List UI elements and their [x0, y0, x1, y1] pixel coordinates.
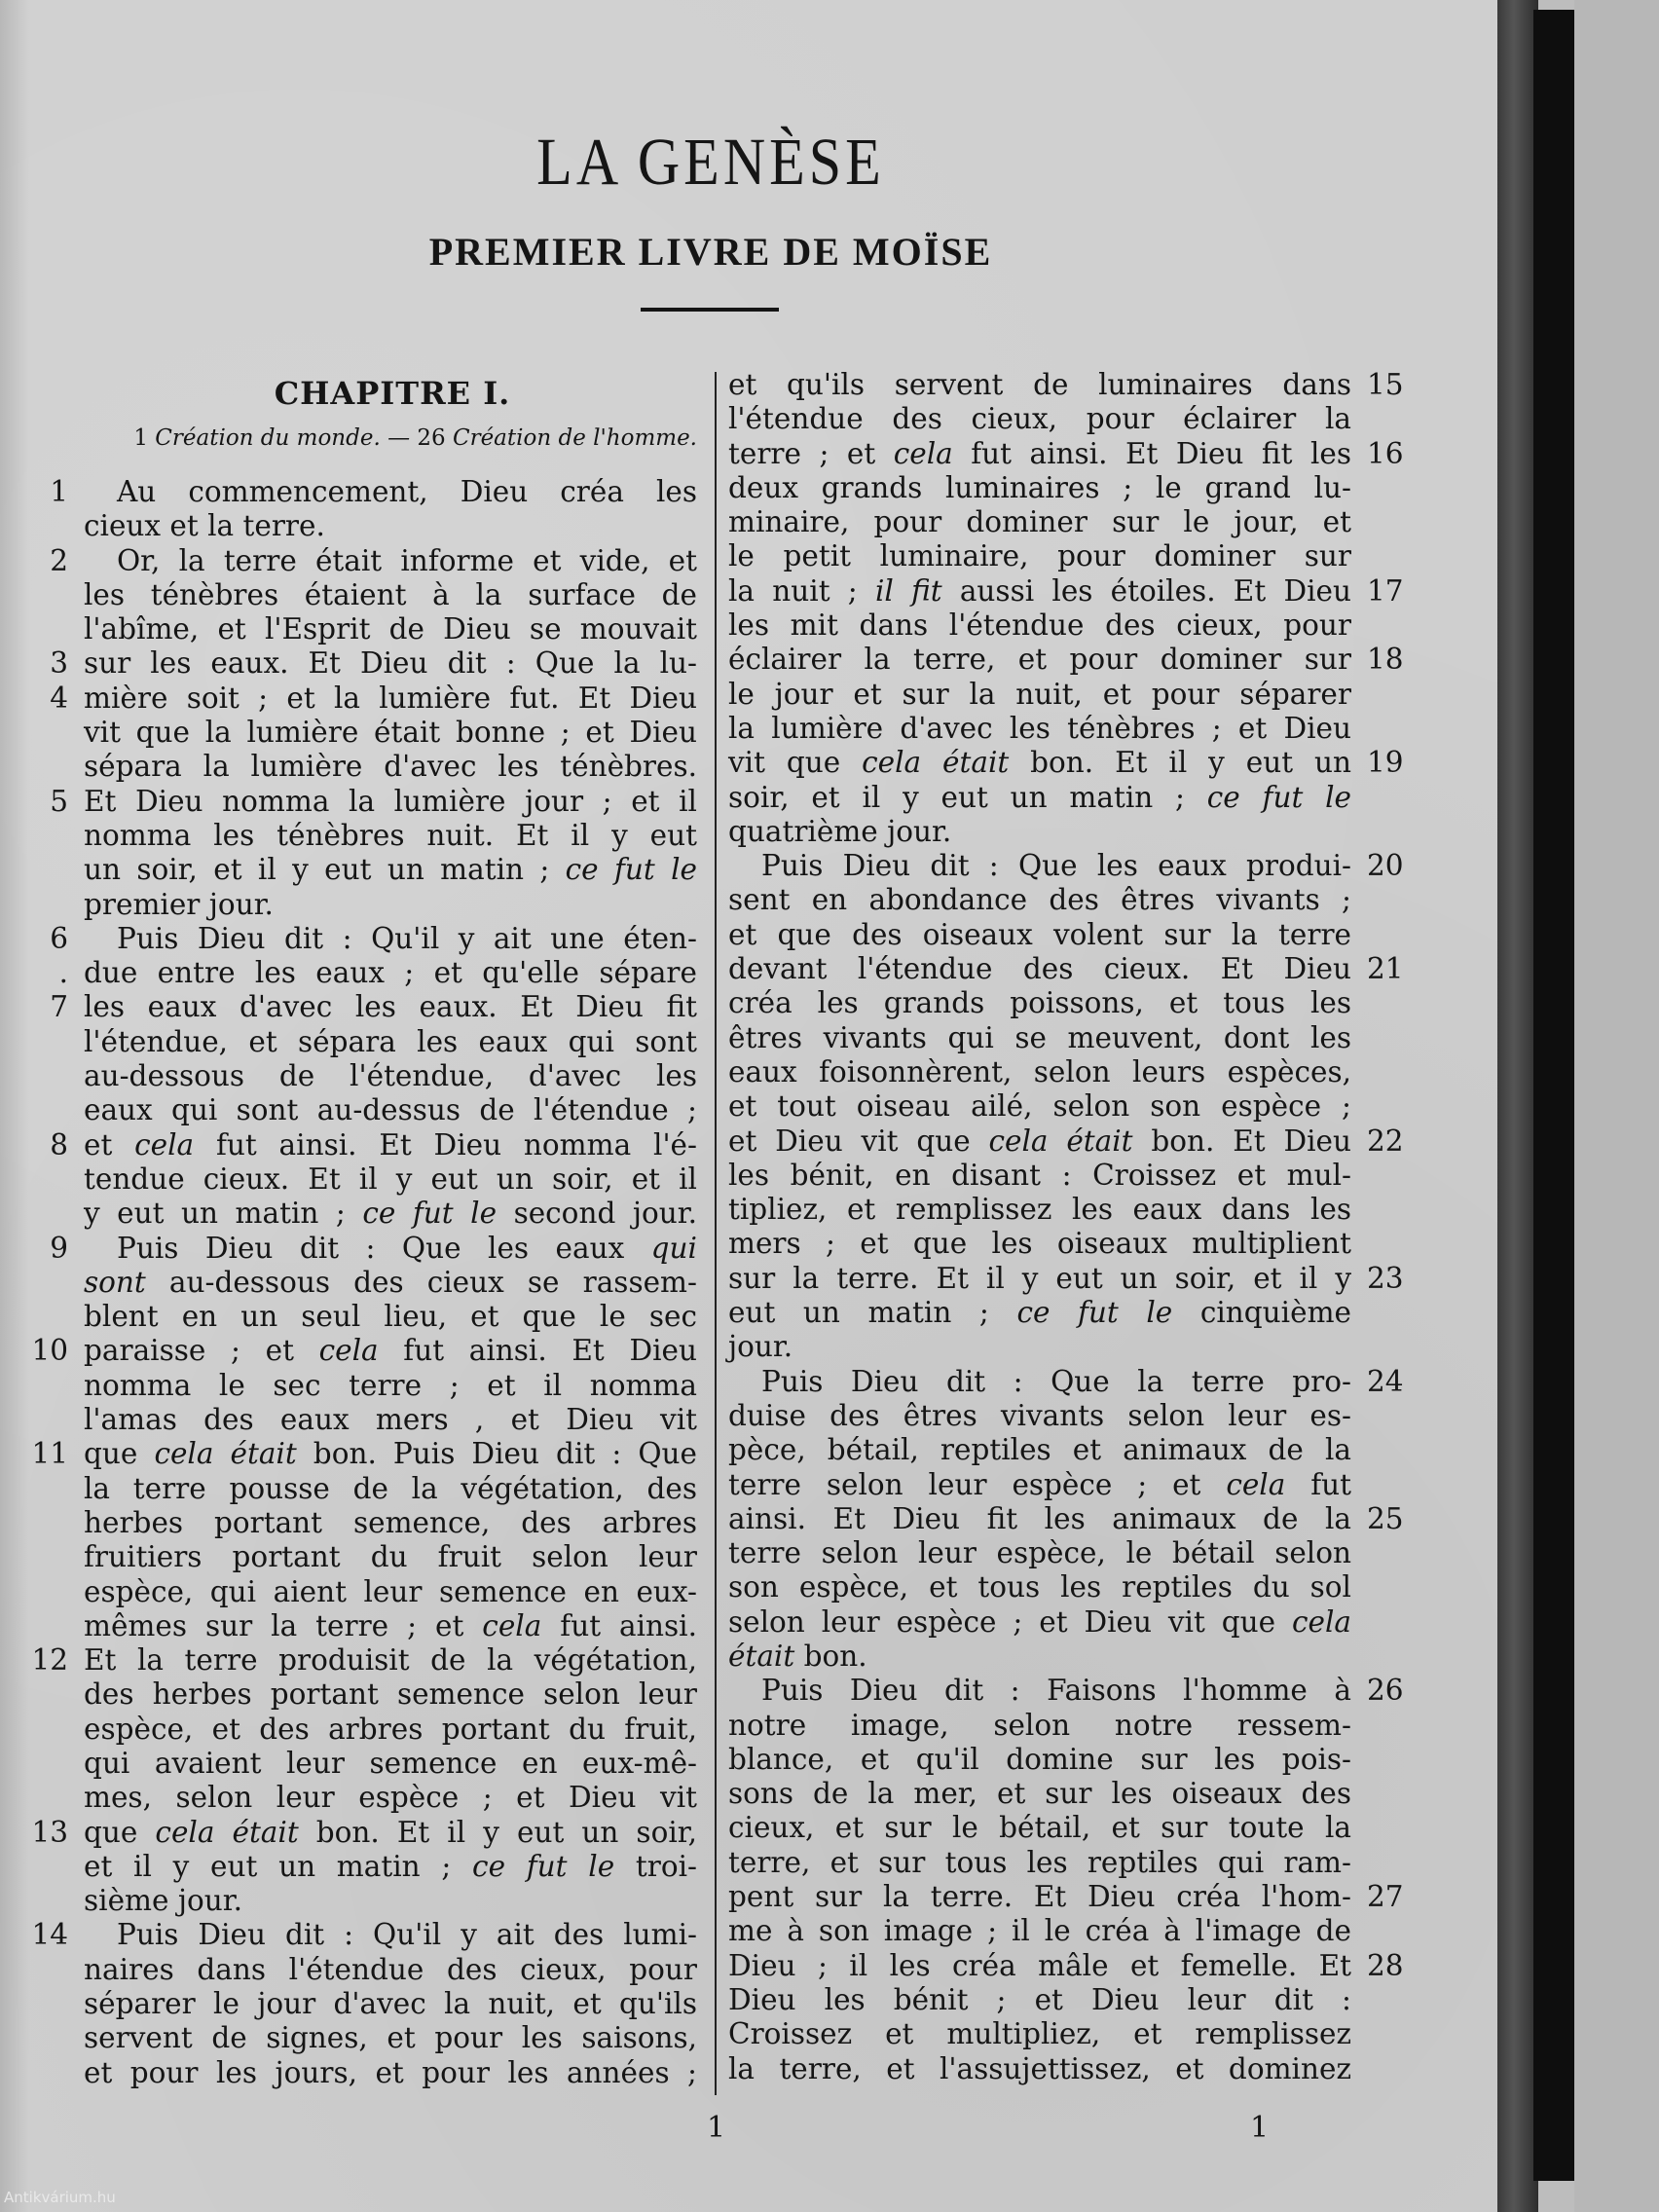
chapter-summary: 1 Création du monde. — 26 Création de l'… — [29, 419, 697, 475]
verse-text: paraisse ; et cela fut ainsi. Et Dieu — [84, 1334, 697, 1368]
verse-text: la terre, et l'assujettissez, et dominez — [728, 2052, 1351, 2086]
verse-number: . — [29, 956, 68, 990]
right-verse-lines: 15et qu'ils servent de luminaires dansl'… — [728, 368, 1402, 2086]
verse-line: terre selon leur espèce ; et cela fut — [728, 1468, 1402, 1502]
verse-line: un soir, et il y eut un matin ; ce fut l… — [29, 853, 697, 887]
verse-line: blance, et qu'il domine sur les pois- — [728, 1743, 1402, 1777]
verse-line: nomma le sec terre ; et il nomma — [29, 1369, 697, 1403]
verse-number: 18 — [1367, 643, 1406, 677]
verse-number: 8 — [29, 1128, 68, 1162]
verse-line: tendue cieux. Et il y eut un soir, et il — [29, 1162, 697, 1197]
verse-line: minaire, pour dominer sur le jour, et — [728, 505, 1402, 539]
verse-line: blent en un seul lieu, et que le sec — [29, 1300, 697, 1334]
verse-line: vit que la lumière était bonne ; et Dieu — [29, 716, 697, 750]
verse-number: 4 — [29, 682, 68, 716]
verse-text: les eaux d'avec les eaux. Et Dieu fit — [84, 990, 697, 1024]
verse-line: 10paraisse ; et cela fut ainsi. Et Dieu — [29, 1334, 697, 1368]
verse-text: ainsi. Et Dieu fit les animaux de la — [728, 1502, 1351, 1536]
verse-line: herbes portant semence, des arbres — [29, 1506, 697, 1540]
verse-line: son espèce, et tous les reptiles du sol — [728, 1570, 1402, 1604]
verse-text: tendue cieux. Et il y eut un soir, et il — [84, 1162, 697, 1197]
verse-line: nomma les ténèbres nuit. Et il y eut — [29, 819, 697, 853]
verse-number: 17 — [1367, 574, 1406, 608]
verse-line: sépara la lumière d'avec les ténèbres. — [29, 750, 697, 784]
verse-text: quatrième jour. — [728, 815, 1351, 849]
verse-line: mers ; et que les oiseaux multiplient — [728, 1227, 1402, 1261]
verse-line: soir, et il y eut un matin ; ce fut le — [728, 781, 1402, 815]
verse-line: eut un matin ; ce fut le cinquième — [728, 1296, 1402, 1330]
verse-text: et Dieu vit que cela était bon. Et Dieu — [728, 1124, 1351, 1159]
verse-line: la terre pousse de la végétation, des — [29, 1472, 697, 1506]
verse-text: espèce, et des arbres portant du fruit, — [84, 1713, 697, 1747]
verse-line: eaux foisonnèrent, selon leurs espèces, — [728, 1055, 1402, 1089]
verse-text: sième jour. — [84, 1884, 697, 1918]
verse-line: le petit luminaire, pour dominer sur — [728, 539, 1402, 573]
verse-text: terre ; et cela fut ainsi. Et Dieu fit l… — [728, 437, 1351, 471]
verse-text: Puis Dieu dit : Que les eaux produi- — [728, 849, 1351, 883]
verse-line: 18éclairer la terre, et pour dominer sur — [728, 643, 1402, 677]
verse-text: pèce, bétail, reptiles et animaux de la — [728, 1433, 1351, 1467]
verse-line: les bénit, en disant : Croissez et mul- — [728, 1159, 1402, 1193]
verse-line: cieux et la terre. — [29, 509, 697, 543]
verse-text: sépara la lumière d'avec les ténèbres. — [84, 750, 697, 784]
verse-text: pent sur la terre. Et Dieu créa l'hom- — [728, 1880, 1351, 1914]
verse-text: sent en abondance des êtres vivants ; — [728, 883, 1351, 917]
verse-line: Dieu les bénit ; et Dieu leur dit : — [728, 1983, 1402, 2017]
verse-number: 12 — [29, 1643, 68, 1677]
verse-text: son espèce, et tous les reptiles du sol — [728, 1570, 1351, 1604]
verse-text: et pour les jours, et pour les années ; — [84, 2056, 697, 2090]
verse-text: soir, et il y eut un matin ; ce fut le — [728, 781, 1351, 815]
verse-text: un soir, et il y eut un matin ; ce fut l… — [84, 853, 697, 887]
verse-text: Puis Dieu dit : Faisons l'homme à — [728, 1674, 1351, 1708]
verse-line: et il y eut un matin ; ce fut le troi- — [29, 1850, 697, 1884]
verse-line: terre selon leur espèce, le bétail selon — [728, 1536, 1402, 1570]
verse-line: et pour les jours, et pour les années ; — [29, 2056, 697, 2090]
verse-text: au-dessous de l'étendue, d'avec les — [84, 1059, 697, 1093]
verse-text: tipliez, et remplissez les eaux dans les — [728, 1193, 1351, 1227]
verse-text: minaire, pour dominer sur le jour, et — [728, 505, 1351, 539]
verse-text: Et la terre produisit de la végétation, — [84, 1643, 697, 1677]
verse-text: Dieu ; il les créa mâle et femelle. Et — [728, 1949, 1351, 1983]
verse-line: 5Et Dieu nomma la lumière jour ; et il — [29, 785, 697, 819]
verse-number: 21 — [1367, 952, 1406, 986]
verse-line: .due entre les eaux ; et qu'elle sépare — [29, 956, 697, 990]
verse-line: les mit dans l'étendue des cieux, pour — [728, 608, 1402, 643]
verse-line: 14Puis Dieu dit : Qu'il y ait des lumi- — [29, 1918, 697, 1952]
verse-text: eaux qui sont au-dessus de l'étendue ; — [84, 1093, 697, 1127]
left-verse-lines: 1Au commencement, Dieu créa lescieux et … — [29, 475, 697, 2090]
verse-text: Au commencement, Dieu créa les — [84, 475, 697, 509]
verse-text: terre, et sur tous les reptiles qui ram- — [728, 1846, 1351, 1880]
verse-line: 27pent sur la terre. Et Dieu créa l'hom- — [728, 1880, 1402, 1914]
verse-text: mes, selon leur espèce ; et Dieu vit — [84, 1781, 697, 1815]
verse-text: la terre pousse de la végétation, des — [84, 1472, 697, 1506]
verse-text: et que des oiseaux volent sur la terre — [728, 918, 1351, 952]
verse-line: sons de la mer, et sur les oiseaux des — [728, 1777, 1402, 1811]
verse-line: 28Dieu ; il les créa mâle et femelle. Et — [728, 1949, 1402, 1983]
book-subtitle: PREMIER LIVRE DE MOÏSE — [0, 229, 1421, 275]
verse-text: Croissez et multipliez, et remplissez — [728, 2017, 1351, 2051]
verse-line: naires dans l'étendue des cieux, pour — [29, 1953, 697, 1987]
verse-line: 2Or, la terre était informe et vide, et — [29, 544, 697, 578]
summary-text: Création de l'homme. — [446, 425, 697, 451]
verse-text: mers ; et que les oiseaux multiplient — [728, 1227, 1351, 1261]
verse-line: l'étendue, et sépara les eaux qui sont — [29, 1025, 697, 1059]
verse-line: terre, et sur tous les reptiles qui ram- — [728, 1846, 1402, 1880]
verse-line: séparer le jour d'avec la nuit, et qu'il… — [29, 1987, 697, 2021]
verse-line: 1Au commencement, Dieu créa les — [29, 475, 697, 509]
verse-line: et tout oiseau ailé, selon son espèce ; — [728, 1089, 1402, 1124]
verse-line: 7les eaux d'avec les eaux. Et Dieu fit — [29, 990, 697, 1024]
verse-text: et tout oiseau ailé, selon son espèce ; — [728, 1089, 1351, 1124]
book-page: LA GENÈSE PREMIER LIVRE DE MOÏSE CHAPITR… — [0, 0, 1497, 2212]
verse-line: 23sur la terre. Et il y eut un soir, et … — [728, 1262, 1402, 1296]
verse-text: mière soit ; et la lumière fut. Et Dieu — [84, 682, 697, 716]
verse-text: Or, la terre était informe et vide, et — [84, 544, 697, 578]
verse-text: blance, et qu'il domine sur les pois- — [728, 1743, 1351, 1777]
verse-text: sur les eaux. Et Dieu dit : Que la lu- — [84, 646, 697, 681]
verse-line: sent en abondance des êtres vivants ; — [728, 883, 1402, 917]
book-title: LA GENÈSE — [0, 124, 1421, 201]
verse-text: deux grands luminaires ; le grand lu- — [728, 471, 1351, 505]
verse-line: l'amas des eaux mers , et Dieu vit — [29, 1403, 697, 1437]
background-surface — [1574, 0, 1659, 2212]
verse-line: notre image, selon notre ressem- — [728, 1709, 1402, 1743]
verse-line: êtres vivants qui se meuvent, dont les — [728, 1021, 1402, 1055]
verse-line: pèce, bétail, reptiles et animaux de la — [728, 1433, 1402, 1467]
verse-line: mes, selon leur espèce ; et Dieu vit — [29, 1781, 697, 1815]
verse-number: 24 — [1367, 1365, 1406, 1399]
verse-text: et il y eut un matin ; ce fut le troi- — [84, 1850, 697, 1884]
verse-number: 27 — [1367, 1880, 1406, 1914]
summary-ref: 26 — [417, 425, 445, 451]
verse-line: qui avaient leur semence en eux-mê- — [29, 1747, 697, 1781]
verse-text: Puis Dieu dit : Que la terre pro- — [728, 1365, 1351, 1399]
verse-text: des herbes portant semence selon leur — [84, 1677, 697, 1712]
verse-line: 25ainsi. Et Dieu fit les animaux de la — [728, 1502, 1402, 1536]
verse-line: quatrième jour. — [728, 815, 1402, 849]
verse-number: 20 — [1367, 849, 1406, 883]
verse-text: Et Dieu nomma la lumière jour ; et il — [84, 785, 697, 819]
verse-line: fruitiers portant du fruit selon leur — [29, 1540, 697, 1574]
verse-line: était bon. — [728, 1640, 1402, 1674]
verse-number: 25 — [1367, 1502, 1406, 1536]
verse-line: cieux, et sur le bétail, et sur toute la — [728, 1811, 1402, 1845]
verse-number: 2 — [29, 544, 68, 578]
verse-line: 15et qu'ils servent de luminaires dans — [728, 368, 1402, 402]
verse-line: 3sur les eaux. Et Dieu dit : Que la lu- — [29, 646, 697, 681]
verse-line: 24Puis Dieu dit : Que la terre pro- — [728, 1365, 1402, 1399]
verse-line: servent de signes, et pour les saisons, — [29, 2021, 697, 2055]
verse-number: 23 — [1367, 1262, 1406, 1296]
verse-line: 17la nuit ; il fit aussi les étoiles. Et… — [728, 574, 1402, 608]
verse-text: les bénit, en disant : Croissez et mul- — [728, 1159, 1351, 1193]
verse-line: 20Puis Dieu dit : Que les eaux produi- — [728, 849, 1402, 883]
verse-line: 22et Dieu vit que cela était bon. Et Die… — [728, 1124, 1402, 1159]
verse-number: 3 — [29, 646, 68, 681]
left-column: CHAPITRE I. 1 Création du monde. — 26 Cr… — [29, 368, 697, 2090]
verse-text: eaux foisonnèrent, selon leurs espèces, — [728, 1055, 1351, 1089]
verse-text: la nuit ; il fit aussi les étoiles. Et D… — [728, 574, 1351, 608]
verse-number: 15 — [1367, 368, 1406, 402]
verse-text: jour. — [728, 1330, 1351, 1364]
verse-line: 16terre ; et cela fut ainsi. Et Dieu fit… — [728, 437, 1402, 471]
verse-text: éclairer la terre, et pour dominer sur — [728, 643, 1351, 677]
verse-number: 28 — [1367, 1949, 1406, 1983]
verse-text: êtres vivants qui se meuvent, dont les — [728, 1021, 1351, 1055]
verse-line: tipliez, et remplissez les eaux dans les — [728, 1193, 1402, 1227]
signature-mark: 1 — [1250, 2111, 1269, 2145]
verse-line: espèce, qui aient leur semence en eux- — [29, 1575, 697, 1609]
verse-line: créa les grands poissons, et tous les — [728, 986, 1402, 1020]
verse-text: sont au-dessous des cieux se rassem- — [84, 1266, 697, 1300]
right-column: 15et qu'ils servent de luminaires dansl'… — [728, 368, 1402, 2086]
book-cover-edge — [1533, 10, 1574, 2181]
verse-line: la lumière d'avec les ténèbres ; et Dieu — [728, 712, 1402, 746]
verse-text: sur la terre. Et il y eut un soir, et il… — [728, 1262, 1351, 1296]
verse-text: les mit dans l'étendue des cieux, pour — [728, 608, 1351, 643]
verse-text: devant l'étendue des cieux. Et Dieu — [728, 952, 1351, 986]
verse-text: selon leur espèce ; et Dieu vit que cela — [728, 1605, 1351, 1640]
verse-line: mêmes sur la terre ; et cela fut ainsi. — [29, 1609, 697, 1643]
column-divider — [715, 372, 717, 2095]
verse-number: 5 — [29, 785, 68, 819]
watermark: Antikvárium.hu — [4, 2189, 116, 2206]
verse-line: jour. — [728, 1330, 1402, 1364]
verse-line: 26Puis Dieu dit : Faisons l'homme à — [728, 1674, 1402, 1708]
verse-text: fruitiers portant du fruit selon leur — [84, 1540, 697, 1574]
verse-line: sont au-dessous des cieux se rassem- — [29, 1266, 697, 1300]
verse-text: sons de la mer, et sur les oiseaux des — [728, 1777, 1351, 1811]
verse-text: vit que cela était bon. Et il y eut un — [728, 746, 1351, 780]
verse-number: 6 — [29, 922, 68, 956]
verse-text: naires dans l'étendue des cieux, pour — [84, 1953, 697, 1987]
verse-number: 9 — [29, 1232, 68, 1266]
verse-text: nomma le sec terre ; et il nomma — [84, 1369, 697, 1403]
verse-number: 7 — [29, 990, 68, 1024]
verse-line: y eut un matin ; ce fut le second jour. — [29, 1197, 697, 1231]
verse-text: mêmes sur la terre ; et cela fut ainsi. — [84, 1609, 697, 1643]
title-rule — [641, 308, 779, 312]
page-number: 1 — [707, 2111, 725, 2145]
verse-text: me à son image ; il le créa à l'image de — [728, 1914, 1351, 1948]
verse-text: terre selon leur espèce, le bétail selon — [728, 1536, 1351, 1570]
verse-text: herbes portant semence, des arbres — [84, 1506, 697, 1540]
verse-number: 11 — [29, 1437, 68, 1471]
verse-line: premier jour. — [29, 888, 697, 922]
page-shadow — [0, 0, 29, 2212]
verse-text: espèce, qui aient leur semence en eux- — [84, 1575, 697, 1609]
verse-line: 12Et la terre produisit de la végétation… — [29, 1643, 697, 1677]
verse-number: 10 — [29, 1334, 68, 1368]
verse-line: 21devant l'étendue des cieux. Et Dieu — [728, 952, 1402, 986]
verse-text: la lumière d'avec les ténèbres ; et Dieu — [728, 712, 1351, 746]
verse-text: terre selon leur espèce ; et cela fut — [728, 1468, 1351, 1502]
verse-text: et qu'ils servent de luminaires dans — [728, 368, 1351, 402]
verse-text: séparer le jour d'avec la nuit, et qu'il… — [84, 1987, 697, 2021]
verse-text: notre image, selon notre ressem- — [728, 1709, 1351, 1743]
verse-number: 14 — [29, 1918, 68, 1952]
verse-text: l'étendue, et sépara les eaux qui sont — [84, 1025, 697, 1059]
verse-text: duise des êtres vivants selon leur es- — [728, 1399, 1351, 1433]
verse-text: le jour et sur la nuit, et pour séparer — [728, 678, 1351, 712]
verse-text: créa les grands poissons, et tous les — [728, 986, 1351, 1020]
verse-line: 8et cela fut ainsi. Et Dieu nomma l'é- — [29, 1128, 697, 1162]
verse-line: 6Puis Dieu dit : Qu'il y ait une éten- — [29, 922, 697, 956]
verse-line: 4mière soit ; et la lumière fut. Et Dieu — [29, 682, 697, 716]
verse-line: 13que cela était bon. Et il y eut un soi… — [29, 1816, 697, 1850]
verse-text: le petit luminaire, pour dominer sur — [728, 539, 1351, 573]
verse-text: qui avaient leur semence en eux-mê- — [84, 1747, 697, 1781]
verse-text: Dieu les bénit ; et Dieu leur dit : — [728, 1983, 1351, 2017]
verse-line: me à son image ; il le créa à l'image de — [728, 1914, 1402, 1948]
verse-number: 26 — [1367, 1674, 1406, 1708]
verse-line: eaux qui sont au-dessus de l'étendue ; — [29, 1093, 697, 1127]
verse-line: le jour et sur la nuit, et pour séparer — [728, 678, 1402, 712]
summary-text: Création du monde. — — [148, 425, 417, 451]
verse-line: l'étendue des cieux, pour éclairer la — [728, 402, 1402, 436]
verse-text: servent de signes, et pour les saisons, — [84, 2021, 697, 2055]
verse-line: deux grands luminaires ; le grand lu- — [728, 471, 1402, 505]
verse-text: l'abîme, et l'Esprit de Dieu se mouvait — [84, 612, 697, 646]
verse-text: l'étendue des cieux, pour éclairer la — [728, 402, 1351, 436]
verse-text: était bon. — [728, 1640, 1351, 1674]
verse-line: espèce, et des arbres portant du fruit, — [29, 1713, 697, 1747]
verse-line: l'abîme, et l'Esprit de Dieu se mouvait — [29, 612, 697, 646]
verse-line: et que des oiseaux volent sur la terre — [728, 918, 1402, 952]
verse-line: les ténèbres étaient à la surface de — [29, 578, 697, 612]
verse-line: selon leur espèce ; et Dieu vit que cela — [728, 1605, 1402, 1640]
verse-number: 13 — [29, 1816, 68, 1850]
verse-line: 9Puis Dieu dit : Que les eaux qui — [29, 1232, 697, 1266]
verse-text: nomma les ténèbres nuit. Et il y eut — [84, 819, 697, 853]
verse-text: y eut un matin ; ce fut le second jour. — [84, 1197, 697, 1231]
verse-text: les ténèbres étaient à la surface de — [84, 578, 697, 612]
summary-ref: 1 — [133, 425, 148, 451]
verse-text: que cela était bon. Puis Dieu dit : Que — [84, 1437, 697, 1471]
verse-text: cieux, et sur le bétail, et sur toute la — [728, 1811, 1351, 1845]
verse-text: vit que la lumière était bonne ; et Dieu — [84, 716, 697, 750]
verse-number: 16 — [1367, 437, 1406, 471]
verse-line: Croissez et multipliez, et remplissez — [728, 2017, 1402, 2051]
verse-text: Puis Dieu dit : Qu'il y ait des lumi- — [84, 1918, 697, 1952]
verse-line: 19vit que cela était bon. Et il y eut un — [728, 746, 1402, 780]
chapter-heading: CHAPITRE I. — [29, 368, 697, 419]
verse-text: due entre les eaux ; et qu'elle sépare — [84, 956, 697, 990]
book-page-edges — [1497, 0, 1538, 2212]
verse-line: 11que cela était bon. Puis Dieu dit : Qu… — [29, 1437, 697, 1471]
verse-line: sième jour. — [29, 1884, 697, 1918]
verse-text: premier jour. — [84, 888, 697, 922]
verse-line: des herbes portant semence selon leur — [29, 1677, 697, 1712]
verse-text: Puis Dieu dit : Que les eaux qui — [84, 1232, 697, 1266]
verse-text: que cela était bon. Et il y eut un soir, — [84, 1816, 697, 1850]
verse-text: et cela fut ainsi. Et Dieu nomma l'é- — [84, 1128, 697, 1162]
verse-text: l'amas des eaux mers , et Dieu vit — [84, 1403, 697, 1437]
verse-line: au-dessous de l'étendue, d'avec les — [29, 1059, 697, 1093]
verse-line: duise des êtres vivants selon leur es- — [728, 1399, 1402, 1433]
verse-number: 1 — [29, 475, 68, 509]
verse-line: la terre, et l'assujettissez, et dominez — [728, 2052, 1402, 2086]
verse-text: eut un matin ; ce fut le cinquième — [728, 1296, 1351, 1330]
verse-text: cieux et la terre. — [84, 509, 697, 543]
verse-text: blent en un seul lieu, et que le sec — [84, 1300, 697, 1334]
verse-number: 19 — [1367, 746, 1406, 780]
verse-text: Puis Dieu dit : Qu'il y ait une éten- — [84, 922, 697, 956]
verse-number: 22 — [1367, 1124, 1406, 1159]
